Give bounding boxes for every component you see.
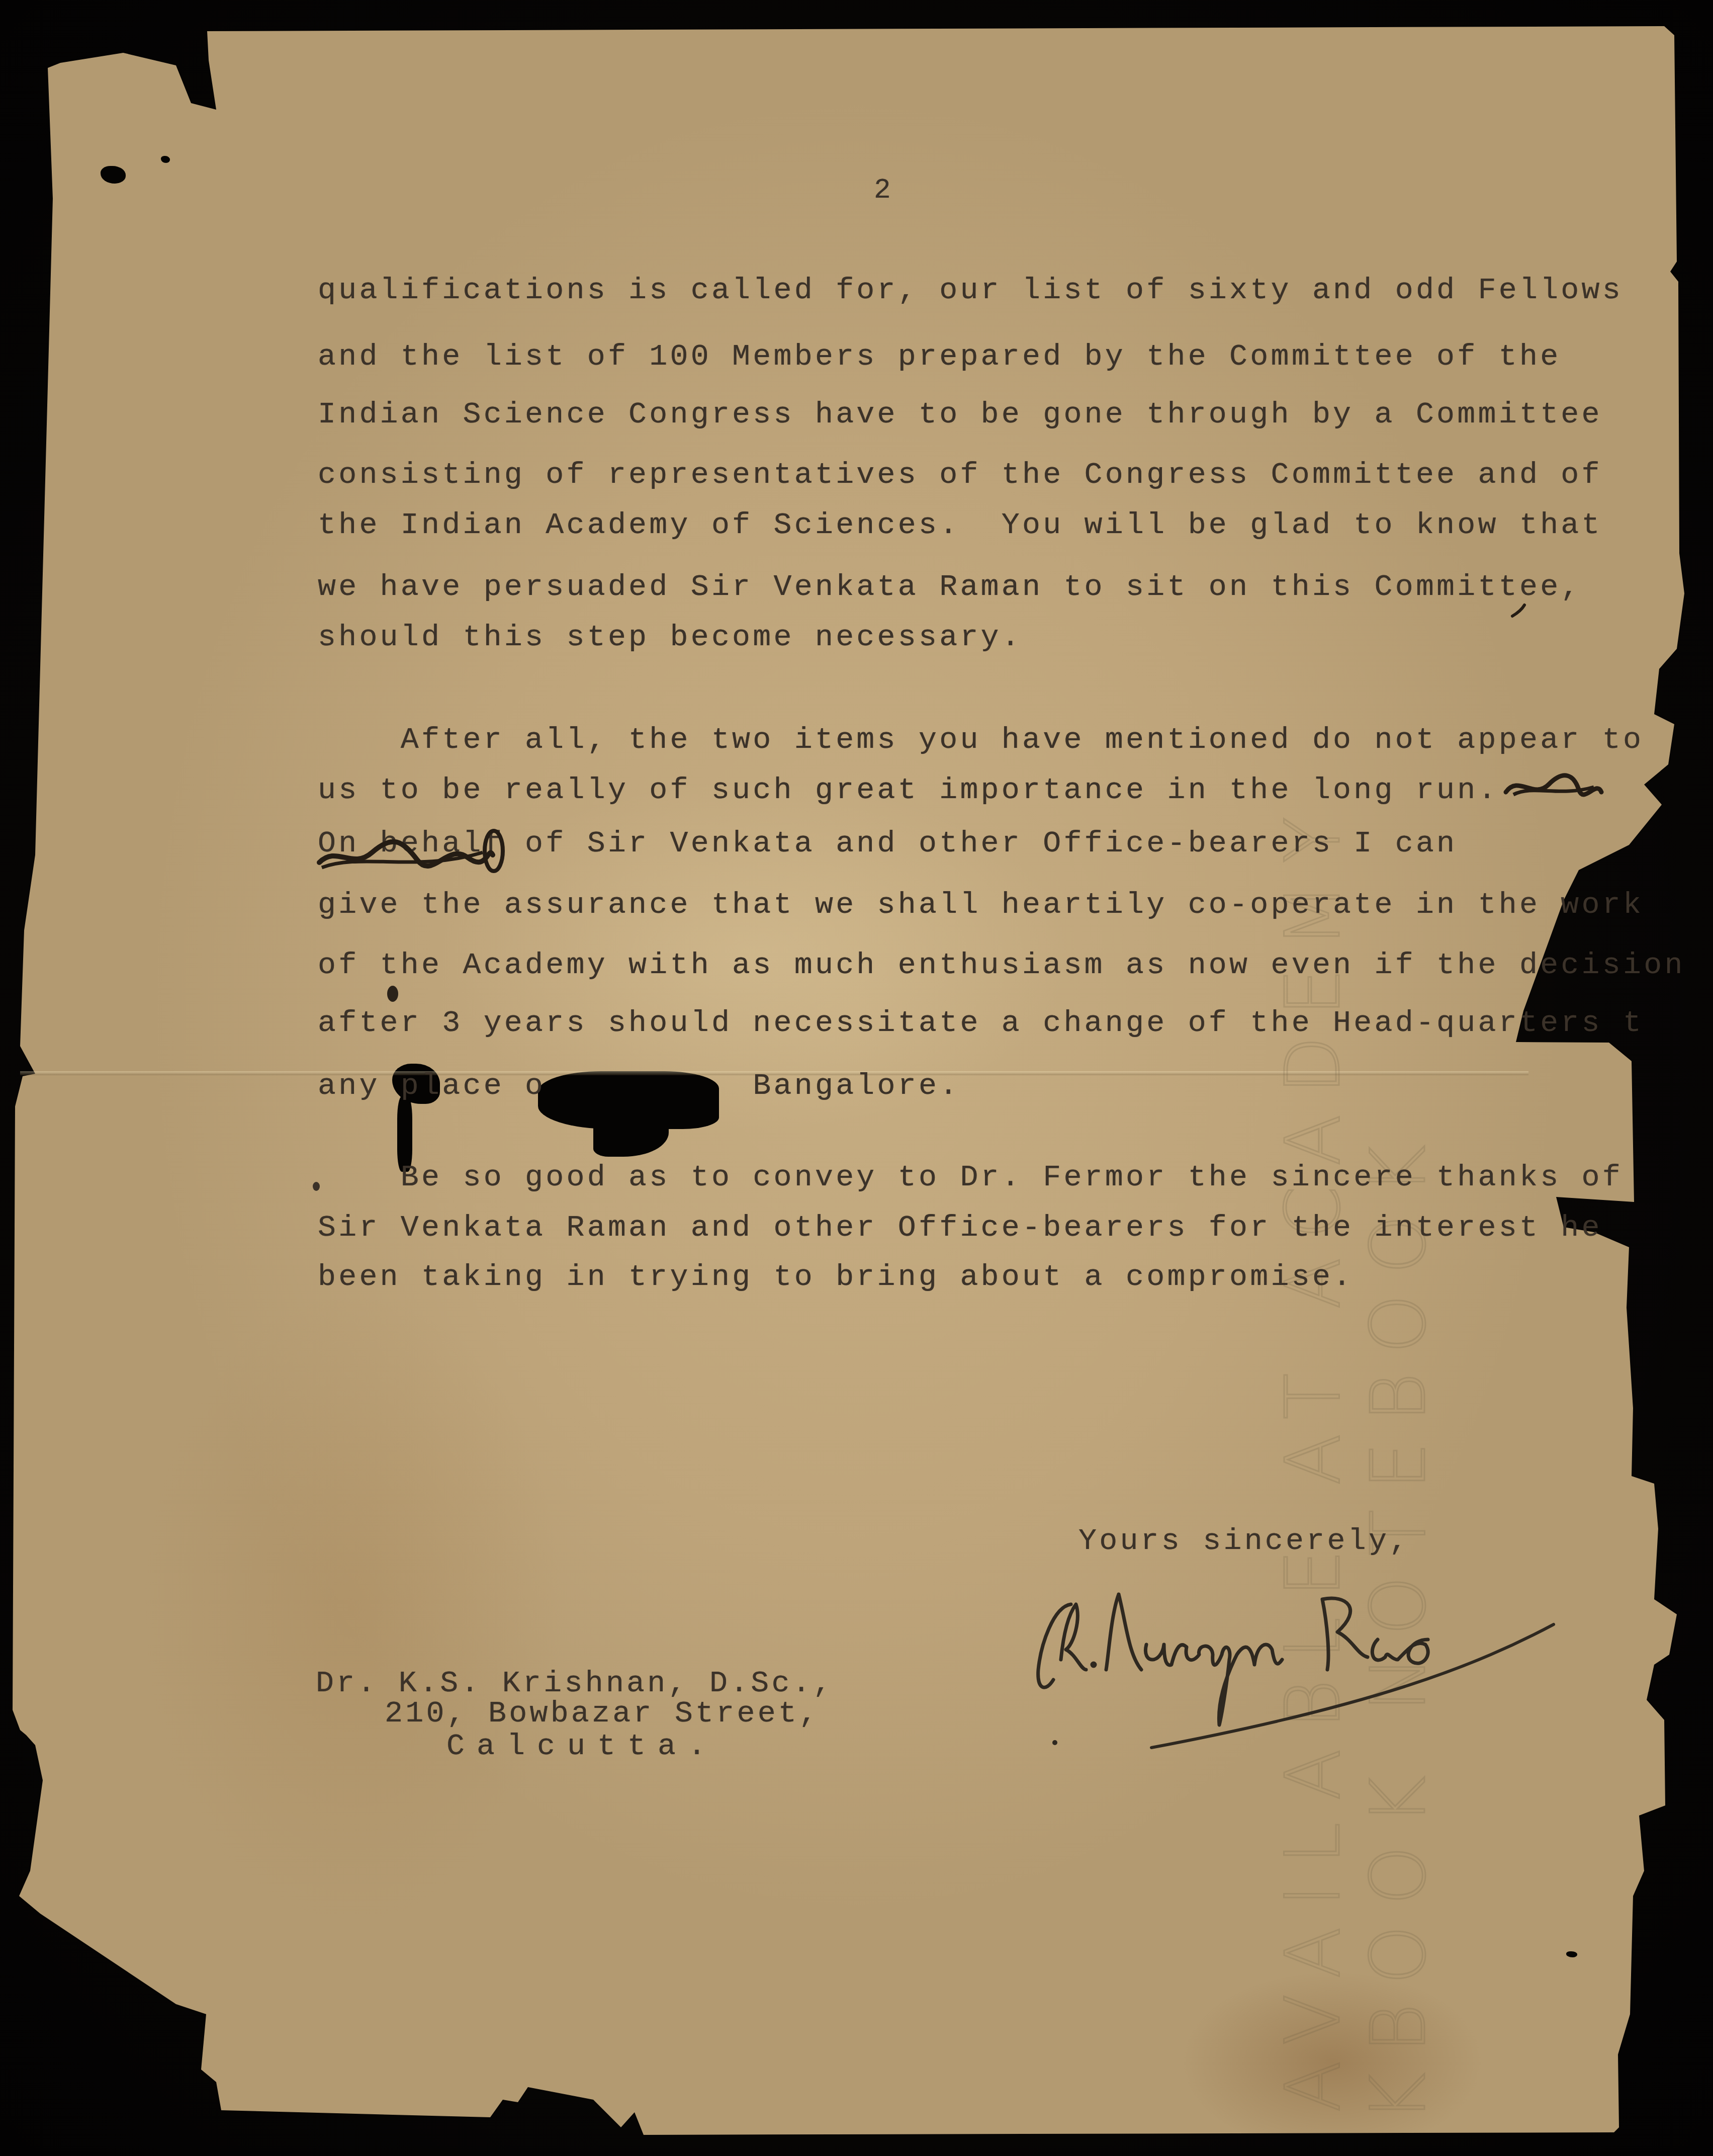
body-line: On behalf of Sir Venkata and other Offic… — [318, 829, 1457, 859]
body-line: should this step become necessary. — [318, 623, 1022, 653]
paper-hole — [161, 156, 170, 163]
body-line: Be so good as to convey to Dr. Fermor th… — [318, 1163, 1623, 1193]
body-line: we have persuaded Sir Venkata Raman to s… — [318, 572, 1582, 602]
body-line: Sir Venkata Raman and other Office-beare… — [318, 1213, 1602, 1243]
body-line: After all, the two items you have mentio… — [318, 725, 1644, 755]
body-line: been taking in trying to bring about a c… — [318, 1262, 1354, 1292]
body-line: us to be really of such great importance… — [318, 775, 1499, 806]
body-line: qualifications is called for, our list o… — [318, 276, 1623, 306]
addressee-name: Dr. K.S. Krishnan, D.Sc., — [316, 1669, 834, 1699]
margin-dot — [387, 986, 398, 1002]
body-line: and the list of 100 Members prepared by … — [318, 342, 1561, 372]
addressee-street: 210, Bowbazar Street, — [385, 1699, 820, 1729]
body-line: Indian Science Congress have to be gone … — [318, 400, 1602, 430]
page-number: 2 — [874, 176, 893, 204]
body-line: consisting of representatives of the Con… — [318, 460, 1602, 490]
body-line: of the Academy with as much enthusiasm a… — [318, 951, 1685, 981]
body-line: give the assurance that we shall heartil… — [318, 890, 1644, 920]
body-line: after 3 years should necessitate a chang… — [318, 1008, 1644, 1039]
closing: Yours sincerely, — [1078, 1526, 1410, 1557]
addressee-city: Calcutta. — [446, 1732, 718, 1762]
body-line: the Indian Academy of Sciences. You will… — [318, 510, 1602, 541]
signature: C.R. Narayan Rao — [1026, 1584, 1584, 1750]
watermark: AVAILABLE AT ACADEMY — [1270, 797, 1357, 2112]
body-line: any place o Bangalore. — [318, 1071, 960, 1101]
paper-hole — [1566, 1951, 1577, 1957]
